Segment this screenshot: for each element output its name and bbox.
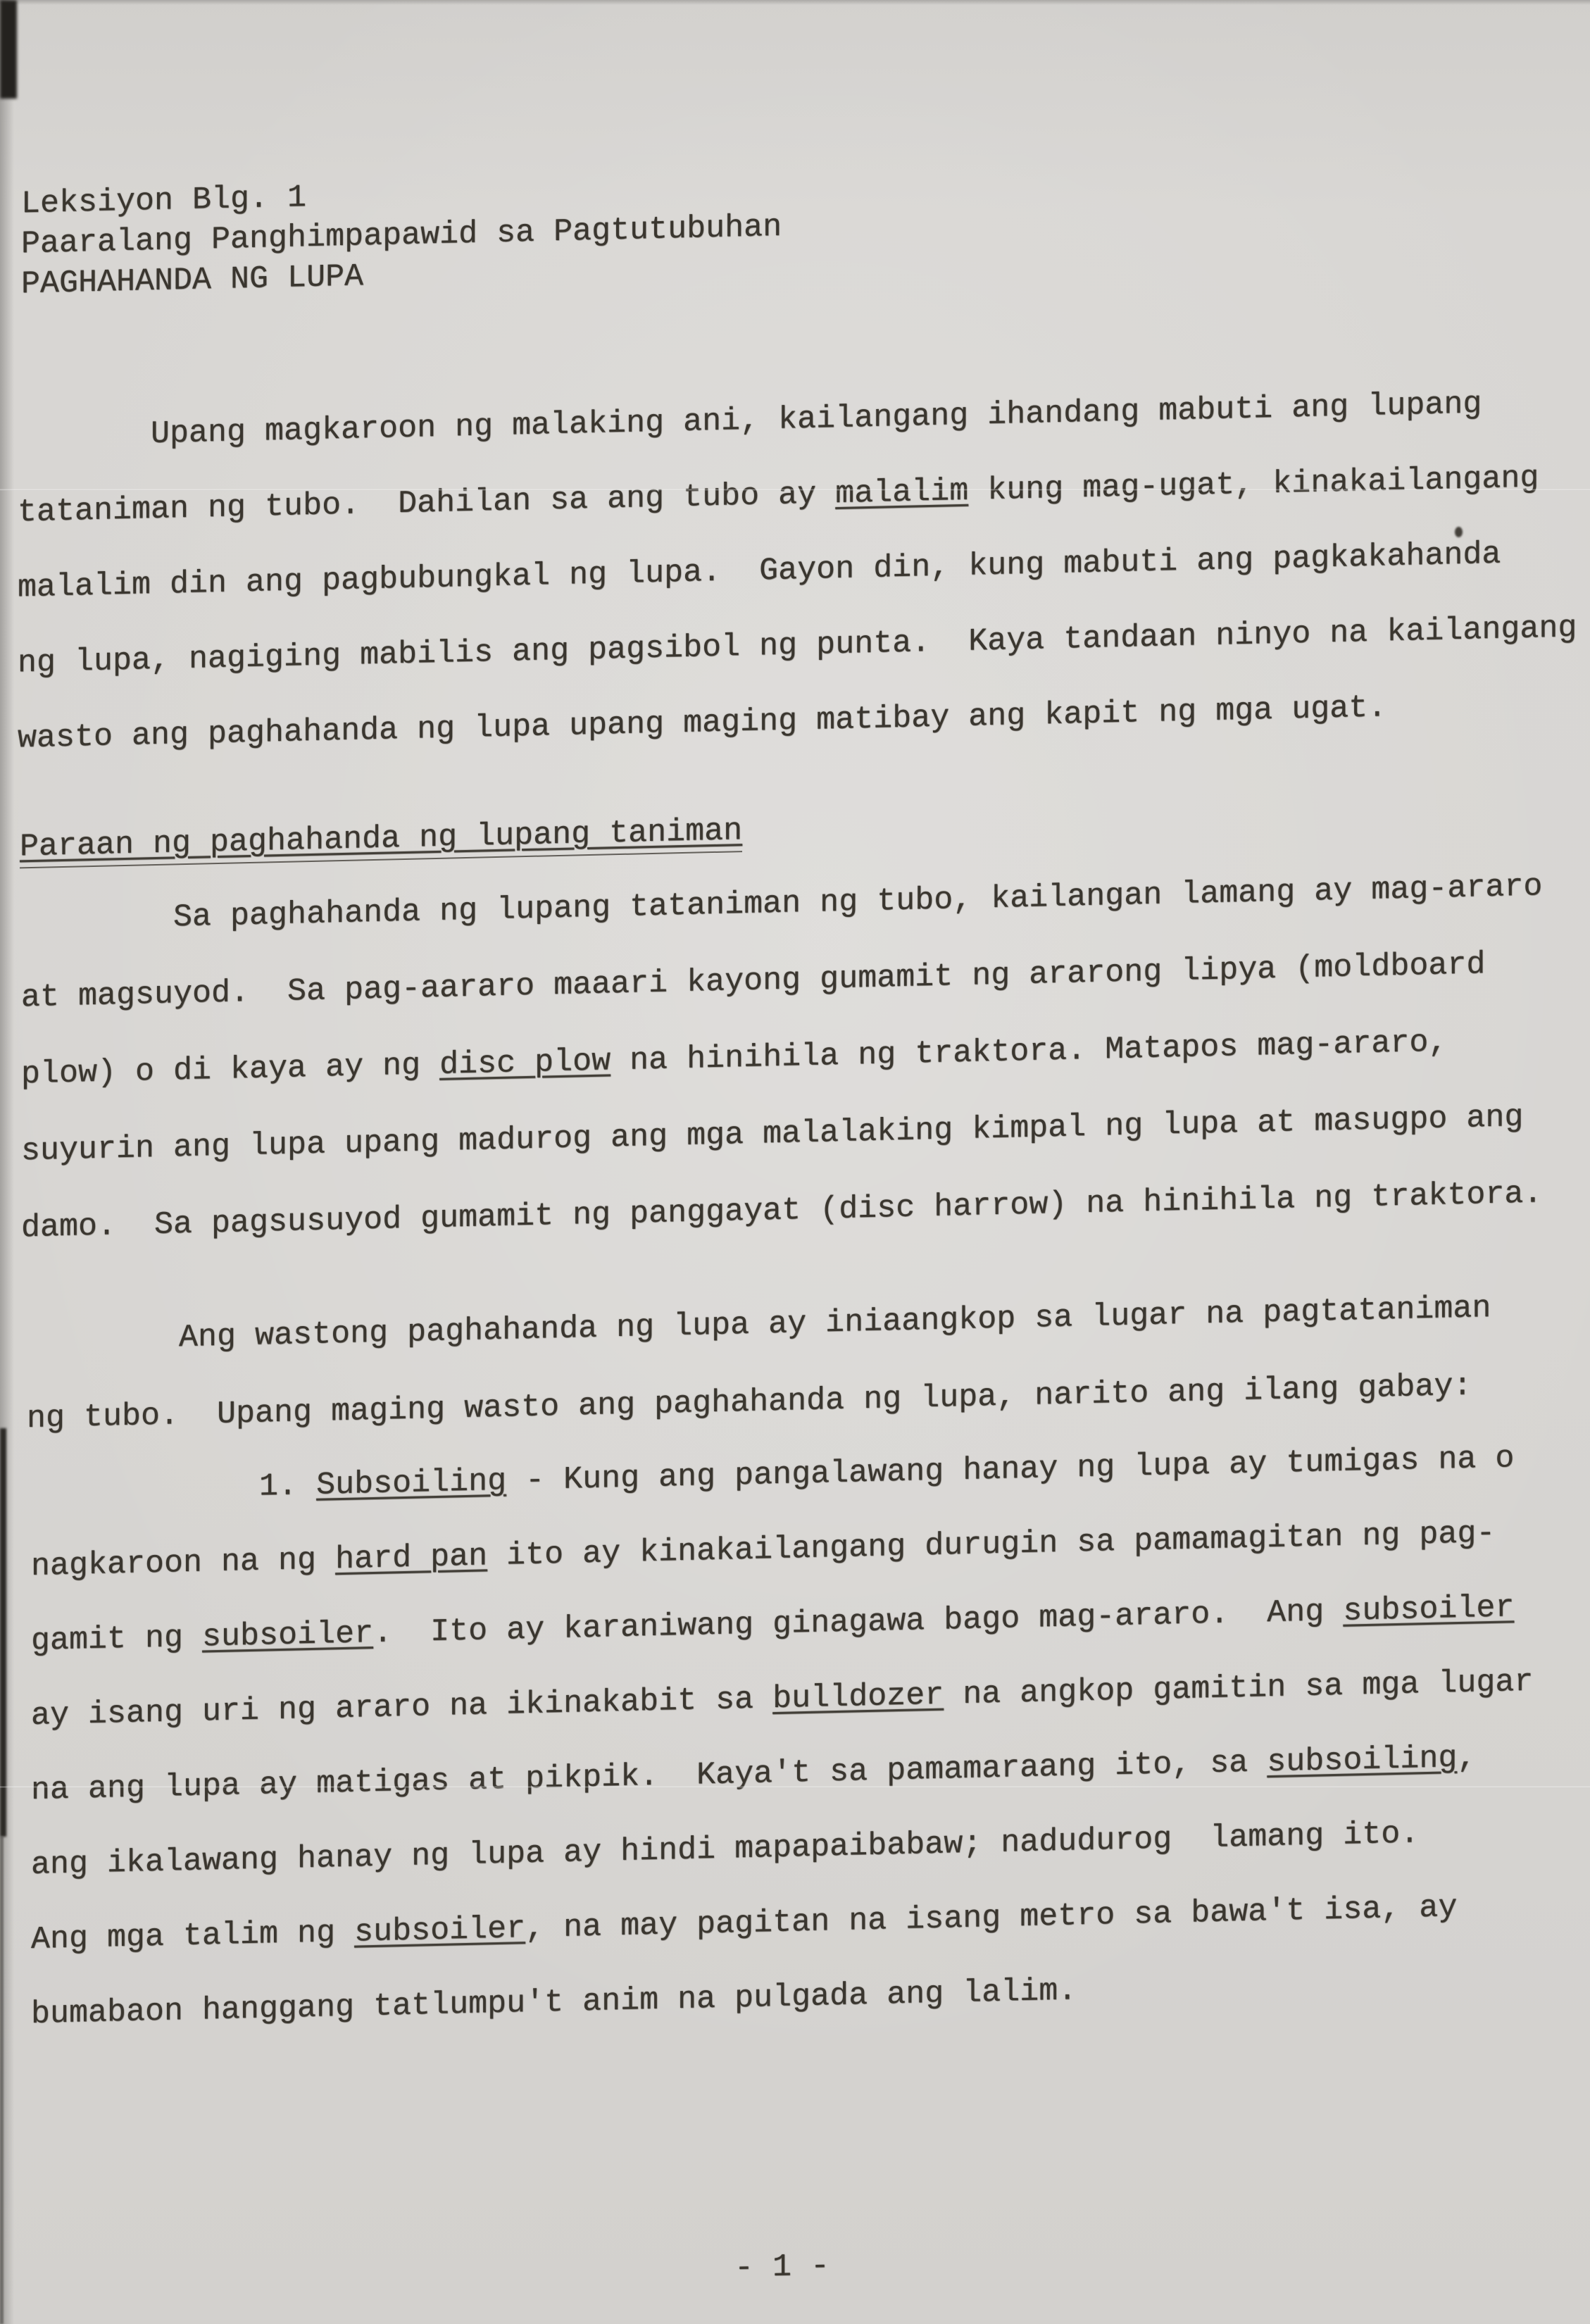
underlined-term: hard pan — [335, 1538, 487, 1578]
underlined-term: malalim — [835, 473, 968, 512]
underlined-term: Paraan ng paghahanda ng lupang taniman — [20, 813, 742, 868]
scan-corner-artifact — [0, 0, 17, 99]
document-header: Leksiyon Blg. 1Paaralang Panghimpapawid … — [21, 167, 782, 305]
underlined-term: subsoiler — [202, 1616, 373, 1656]
text-segment: na ang lupa ay matigas at pikpik. Kaya't… — [31, 1744, 1267, 1808]
text-segment: ito ay kinakailangang durugin sa pamamag… — [487, 1516, 1495, 1574]
text-segment: ay isang uri ng araro na ikinakabit sa — [31, 1681, 772, 1734]
text-segment: malalim din ang pagbubungkal ng lupa. Ga… — [18, 537, 1501, 606]
page-number: - 1 - — [734, 2246, 830, 2288]
underlined-term: Subsoiling — [316, 1463, 506, 1504]
scan-crease-line — [0, 489, 1590, 491]
typewritten-text-layer: Leksiyon Blg. 1Paaralang Panghimpapawid … — [0, 0, 1590, 2324]
text-segment: 1. — [31, 1468, 316, 1510]
scan-left-bar-artifact — [0, 1428, 6, 1837]
text-line: Paraan ng paghahanda ng lupang taniman — [20, 811, 742, 867]
section-heading: Paraan ng paghahanda ng lupang taniman — [20, 811, 742, 867]
scan-crease-line — [0, 1786, 1590, 1788]
text-segment: na hinihila ng traktora. Matapos mag-ara… — [611, 1024, 1447, 1079]
text-segment: kung mag-ugat, kinakailangang — [968, 460, 1539, 508]
text-segment: , — [1457, 1739, 1476, 1776]
text-segment: Ang mga talim ng — [31, 1915, 354, 1958]
text-segment: tataniman ng tubo. Dahilan sa ang tubo a… — [18, 476, 835, 530]
text-segment: na angkop gamitin sa mga lugar — [944, 1664, 1533, 1713]
text-segment: nagkaroon na ng — [31, 1542, 335, 1585]
text-segment: ng tubo. Upang maging wasto ang paghahan… — [27, 1368, 1472, 1437]
text-segment: , na may pagitan na isang metro sa bawa'… — [525, 1889, 1457, 1947]
text-segment: Ang wastong paghahanda ng lupa ay iniaan… — [27, 1290, 1491, 1359]
text-segment: Upang magkaroon ng malaking ani, kailang… — [18, 386, 1482, 455]
underlined-term: subsoiling — [1267, 1740, 1457, 1780]
methods-paragraph: Sa paghahanda ng lupang tataniman ng tub… — [21, 848, 1542, 1266]
intro-paragraph: Upang magkaroon ng malaking ani, kailang… — [18, 364, 1577, 776]
text-segment: . Ito ay karaniwang ginagawa bago mag-ar… — [373, 1594, 1343, 1651]
text-segment: PAGHAHANDA NG LUPA — [21, 258, 363, 302]
text-segment: plow) o di kaya ay ng — [21, 1047, 439, 1092]
scan-left-bar2-artifact — [0, 1837, 4, 2324]
text-segment: Sa paghahanda ng lupang tataniman ng tub… — [21, 868, 1542, 939]
scan-edge-top — [0, 0, 1590, 5]
subsoiling-list-item: 1. Subsoiling - Kung ang pangalawang han… — [31, 1421, 1533, 2052]
underlined-term: disc plow — [439, 1043, 611, 1083]
text-segment: ang ikalawang hanay ng lupa ay hindi map… — [31, 1816, 1419, 1883]
underlined-term: bulldozer — [772, 1678, 944, 1718]
scanned-page: Leksiyon Blg. 1Paaralang Panghimpapawid … — [0, 0, 1590, 2324]
text-segment: wasto ang paghahanda ng lupa upang magin… — [18, 689, 1386, 756]
stray-ink-dot — [1455, 527, 1463, 537]
text-segment: damo. Sa pagsusuyod gumamit ng panggayat… — [21, 1175, 1542, 1246]
underlined-term: subsoiler — [354, 1911, 525, 1951]
text-segment: - Kung ang pangalawang hanay ng lupa ay … — [506, 1440, 1514, 1499]
text-segment: bumabaon hanggang tatlumpu't anim na pul… — [31, 1973, 1077, 2032]
text-segment: at magsuyod. Sa pag-aararo maaari kayong… — [21, 947, 1485, 1016]
text-segment: suyurin ang lupa upang madurog ang mga m… — [21, 1099, 1523, 1169]
text-segment: gamit ng — [31, 1619, 202, 1659]
text-segment: Leksiyon Blg. 1 — [21, 180, 306, 222]
underlined-term: subsoiler — [1343, 1589, 1514, 1630]
